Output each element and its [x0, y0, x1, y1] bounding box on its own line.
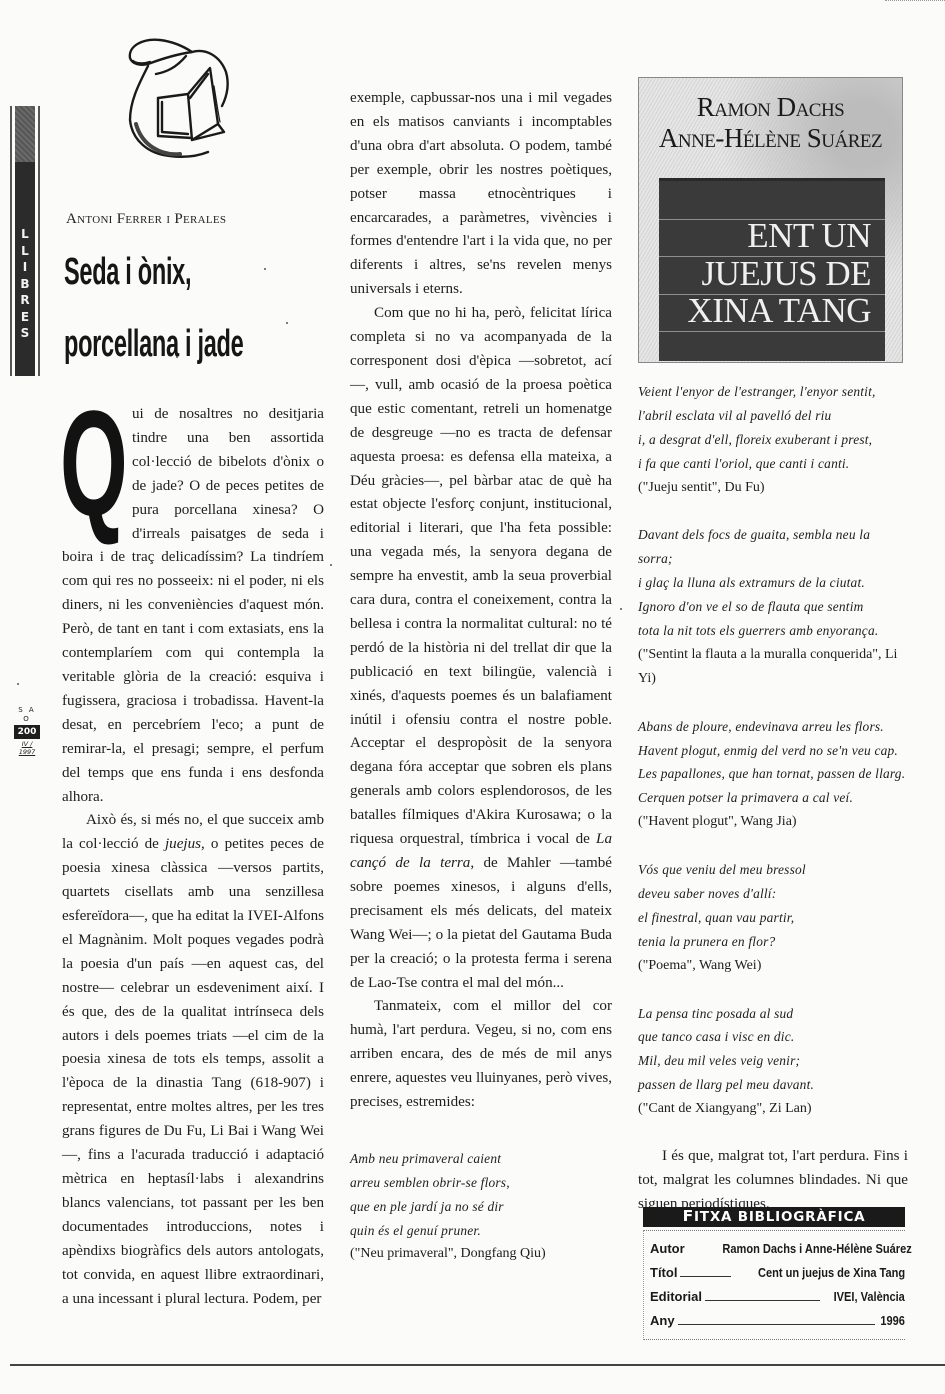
- record-row-author: Autor Ramon Dachs i Anne-Hélène Suárez: [650, 1237, 905, 1261]
- bibliographic-record: FITXA BIBLIOGRÀFICA Autor Ramon Dachs i …: [643, 1207, 905, 1340]
- section-letter: S: [15, 325, 35, 342]
- spacer: [638, 691, 908, 715]
- poem-line: Ignoro d'on ve el so de flauta que senti…: [638, 595, 908, 619]
- poem: Amb neu primaveral caient arreu semblen …: [350, 1147, 612, 1243]
- poem-line: deveu saber noves d'allí:: [638, 882, 908, 906]
- poem-credit: ("Jueju sentit", Du Fu): [638, 476, 908, 500]
- poem: Davant dels focs de guaita, sembla neu l…: [638, 523, 908, 643]
- header-initial: F: [683, 1207, 694, 1225]
- cover-title-line: JUEJUS DE: [671, 255, 871, 293]
- poem-line: Veient l'enyor de l'estranger, l'enyor s…: [638, 380, 908, 404]
- article-column-1: Q ui de nosaltres no desitjaria tindre u…: [62, 403, 324, 1311]
- poem-line: tenia la prunera en flor?: [638, 930, 908, 954]
- poem: Abans de ploure, endevinava arreu les fl…: [638, 715, 908, 811]
- poem: Vós que veniu del meu bressol deveu sabe…: [638, 858, 908, 954]
- article-paragraph: Tanmateix, com el millor del cor humà, l…: [350, 995, 612, 1115]
- cover-rule: [659, 331, 885, 332]
- cover-author: Anne-Hélène Suárez: [639, 123, 902, 154]
- poem-line: passen de llarg pel meu davant.: [638, 1073, 908, 1097]
- poem-credit: ("Poema", Wang Wei): [638, 954, 908, 978]
- issue-date: IV / 1997: [14, 740, 40, 756]
- emphasis-term: juejus: [165, 836, 201, 852]
- header-text: ITXA BIBLIOGRÀFICA: [694, 1209, 865, 1225]
- poem-line: arreu semblen obrir-se flors,: [350, 1171, 612, 1195]
- spacer: [638, 978, 908, 1002]
- scan-speck: [620, 608, 622, 610]
- closing-paragraph: I és que, malgrat tot, l'art perdura. Fi…: [638, 1145, 908, 1217]
- cover-title-line: ENT UN: [671, 217, 871, 255]
- spacer: [638, 500, 908, 524]
- poem: Veient l'enyor de l'estranger, l'enyor s…: [638, 380, 908, 476]
- article-title-line: porcellana i jade: [64, 308, 243, 380]
- cover-title-line: XINA TANG: [671, 292, 871, 330]
- poem-line: Mil, deu mil veles veig venir;: [638, 1049, 908, 1073]
- text-run: Com que no hi ha, però, felicitat lírica…: [350, 305, 612, 847]
- section-label: L L I B R E S: [15, 226, 35, 342]
- record-row-year: Any 1996: [650, 1309, 905, 1333]
- spacer: [638, 834, 908, 858]
- article-paragraph: Com que no hi ha, però, felicitat lírica…: [350, 302, 612, 995]
- poem-line: i, a desgrat d'ell, floreix exuberant i …: [638, 428, 908, 452]
- section-letter: L: [15, 243, 35, 260]
- section-letter: B: [15, 276, 35, 293]
- bibliographic-record-body: Autor Ramon Dachs i Anne-Hélène Suárez T…: [643, 1230, 905, 1340]
- issue-badge: S A O 200 IV / 1997: [14, 706, 40, 756]
- poem-line: quin és el genuí pruner.: [350, 1219, 612, 1243]
- record-value: 1996: [880, 1309, 905, 1333]
- section-letter: I: [15, 259, 35, 276]
- section-letter: E: [15, 309, 35, 326]
- poem-line: i fa que canti l'oriol, que canti i cant…: [638, 452, 908, 476]
- record-row-title: Títol Cent un juejus de Xina Tang: [650, 1261, 905, 1285]
- reader-with-book-icon: [118, 28, 243, 170]
- scan-speck: [264, 268, 266, 270]
- poem: La pensa tinc posada al sud que tanco ca…: [638, 1002, 908, 1098]
- text-run: , o petites peces de poesia xinesa clàss…: [62, 836, 324, 1306]
- section-sidebar: L L I B R E S: [10, 106, 40, 376]
- article-title: Seda i ònix, porcellana i jade: [64, 236, 243, 380]
- poem-line: que tanco casa i visc en dic.: [638, 1025, 908, 1049]
- text-run: , de Mahler —també sobre poemes xinesos,…: [350, 855, 612, 991]
- article-column-3: Veient l'enyor de l'estranger, l'enyor s…: [638, 380, 908, 1217]
- cover-authors: Ramon Dachs Anne-Hélène Suárez: [639, 92, 902, 154]
- poem-line: Vós que veniu del meu bressol: [638, 858, 908, 882]
- poem-line: Les papallones, que han tornat, passen d…: [638, 762, 908, 786]
- poem-line: tota la nit tots els guerrers amb enyora…: [638, 619, 908, 643]
- scan-speck: [286, 322, 288, 324]
- record-label: Any: [650, 1309, 675, 1333]
- poem-credit: ("Cant de Xiangyang", Zi Lan): [638, 1097, 908, 1121]
- article-paragraph: Això és, si més no, el que succeix amb l…: [62, 809, 324, 1311]
- scan-corner-mark: [885, 0, 945, 3]
- poem-line: Davant dels focs de guaita, sembla neu l…: [638, 523, 908, 571]
- spacer: [638, 1121, 908, 1145]
- spacer: [350, 1115, 612, 1139]
- article-column-2: exemple, capbussar-nos una i mil vegades…: [350, 87, 612, 1266]
- article-paragraph: exemple, capbussar-nos una i mil vegades…: [350, 87, 612, 302]
- bibliographic-record-header: FITXA BIBLIOGRÀFICA: [643, 1207, 905, 1227]
- scan-speck: [17, 683, 19, 685]
- drop-cap: Q: [60, 407, 98, 527]
- poem-line: Abans de ploure, endevinava arreu les fl…: [638, 715, 908, 739]
- leader-line: [680, 1276, 730, 1277]
- issue-number: 200: [14, 725, 40, 739]
- section-sidebar-texture: [15, 106, 35, 162]
- record-label: Editorial: [650, 1285, 702, 1309]
- poem-line: La pensa tinc posada al sud: [638, 1002, 908, 1026]
- record-label: Títol: [650, 1261, 677, 1285]
- record-value: Cent un juejus de Xina Tang: [758, 1261, 905, 1285]
- magazine-name: S A O: [14, 706, 40, 724]
- poem-line: el finestral, quan vau partir,: [638, 906, 908, 930]
- cover-author: Ramon Dachs: [639, 92, 902, 123]
- poem-credit: ("Havent plogut", Wang Jia): [638, 810, 908, 834]
- book-cover-image: Ramon Dachs Anne-Hélène Suárez ENT UN JU…: [638, 77, 903, 363]
- page-bottom-rule: [10, 1364, 945, 1366]
- poem-line: Amb neu primaveral caient: [350, 1147, 612, 1171]
- spacer: [350, 1139, 612, 1147]
- poem-credit: ("Neu primaveral", Dongfang Qiu): [350, 1242, 612, 1266]
- cover-title-panel: ENT UN JUEJUS DE XINA TANG: [659, 178, 885, 361]
- poem-line: i glaç la lluna als extramurs de la ciut…: [638, 571, 908, 595]
- record-label: Autor: [650, 1237, 685, 1261]
- cover-title: ENT UN JUEJUS DE XINA TANG: [671, 217, 871, 330]
- leader-line: [705, 1300, 820, 1301]
- section-letter: L: [15, 226, 35, 243]
- poem-line: Cerquen potser la primavera a cal veí.: [638, 786, 908, 810]
- poem-line: Havent plogut, enmig del verd no se'n ve…: [638, 739, 908, 763]
- poem-line: l'abril esclata vil al pavelló del riu: [638, 404, 908, 428]
- section-letter: R: [15, 292, 35, 309]
- article-author: Antoni Ferrer i Perales: [66, 211, 226, 228]
- section-sidebar-band: L L I B R E S: [15, 106, 35, 376]
- scan-speck: [330, 564, 332, 566]
- record-value: Ramon Dachs i Anne-Hélène Suárez: [722, 1237, 911, 1261]
- scan-speck: [176, 356, 178, 358]
- record-value: IVEI, València: [834, 1285, 905, 1309]
- article-title-line: Seda i ònix,: [64, 236, 243, 308]
- poem-line: que en ple jardí ja no sé dir: [350, 1195, 612, 1219]
- record-row-publisher: Editorial IVEI, València: [650, 1285, 905, 1309]
- poem-credit: ("Sentint la flauta a la muralla conquer…: [638, 643, 908, 691]
- leader-line: [678, 1324, 876, 1325]
- drop-cap-wrapper: Q: [62, 403, 132, 546]
